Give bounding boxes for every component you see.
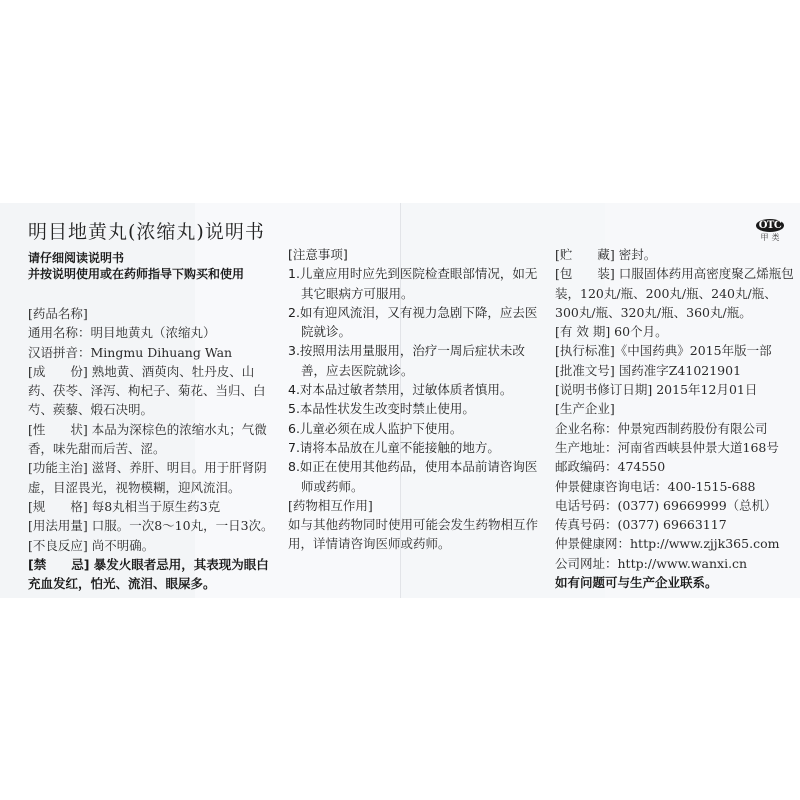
notice-line: 并按说明使用或在药师指导下购买和使用	[28, 266, 278, 282]
fax: 传真号码：(0377) 69663117	[555, 515, 795, 534]
interactions-header: [药物相互作用]	[288, 496, 538, 515]
document-title: 明目地黄丸(浓缩丸)说明书	[28, 219, 278, 245]
address: 生产地址：河南省西峡县仲景大道168号	[555, 438, 795, 457]
package: [包 装] 口服固体药用高密度聚乙烯瓶包装，120丸/瓶、200丸/瓶、240丸…	[555, 264, 795, 322]
precautions-header: [注意事项]	[288, 245, 538, 264]
company-website: 公司网址：http://www.wanxi.cn	[555, 554, 795, 573]
phone: 电话号码：(0377) 69669999（总机）	[555, 496, 795, 515]
precaution-item: 8.如正在使用其他药品，使用本品前请咨询医师或药师。	[288, 457, 538, 496]
storage: [贮 藏] 密封。	[555, 245, 795, 264]
indications: [功能主治] 滋肾、养肝、明目。用于肝肾阴虚，目涩畏光，视物模糊，迎风流泪。	[28, 458, 278, 497]
manufacturer-header: [生产企业]	[555, 399, 795, 418]
description: [性 状] 本品为深棕色的浓缩水丸；气微香，味先甜而后苦、涩。	[28, 420, 278, 459]
hotline: 仲景健康咨询电话：400-1515-688	[555, 477, 795, 496]
precaution-item: 6.儿童必须在成人监护下使用。	[288, 419, 538, 438]
generic-name: 通用名称：明目地黄丸（浓缩丸）	[28, 323, 278, 342]
contact-note: 如有问题可与生产企业联系。	[555, 573, 795, 592]
precaution-item: 5.本品性状发生改变时禁止使用。	[288, 399, 538, 418]
ingredients: [成 份] 熟地黄、酒萸肉、牡丹皮、山药、茯苓、泽泻、枸杞子、菊花、当归、白芍、…	[28, 362, 278, 420]
dosage: [用法用量] 口服。一次8～10丸，一日3次。	[28, 516, 278, 535]
adverse-reactions: [不良反应] 尚不明确。	[28, 536, 278, 555]
revision-date: [说明书修订日期] 2015年12月01日	[555, 380, 795, 399]
drug-name-header: [药品名称]	[28, 304, 278, 323]
interactions-text: 如与其他药物同时使用可能会发生药物相互作用，详情请咨询医师或药师。	[288, 515, 538, 554]
precaution-item: 7.请将本品放在儿童不能接触的地方。	[288, 438, 538, 457]
health-website: 仲景健康网：http://www.zjjk365.com	[555, 534, 795, 553]
approval-number: [批准文号] 国药准字Z41021901	[555, 361, 795, 380]
contraindications: [禁 忌] 暴发火眼者忌用，其表现为眼白充血发红，怕光、流泪、眼屎多。	[28, 555, 278, 594]
otc-class: 甲类	[755, 232, 788, 244]
column-middle: [注意事项] 1.儿童应用时应先到医院检查眼部情况，如无其它眼病方可服用。 2.…	[288, 245, 538, 554]
otc-badge-icon: OTC	[756, 219, 785, 232]
company-name: 企业名称：仲景宛西制药股份有限公司	[555, 419, 795, 438]
notice-line: 请仔细阅读说明书	[28, 250, 278, 266]
precaution-item: 1.儿童应用时应先到医院检查眼部情况，如无其它眼病方可服用。	[288, 264, 538, 303]
validity: [有 效 期] 60个月。	[555, 322, 795, 341]
specification: [规 格] 每8丸相当于原生药3克	[28, 497, 278, 516]
precaution-item: 4.对本品过敏者禁用，过敏体质者慎用。	[288, 380, 538, 399]
read-notice: 请仔细阅读说明书 并按说明使用或在药师指导下购买和使用	[28, 250, 278, 282]
postcode: 邮政编码：474550	[555, 457, 795, 476]
leaflet-paper: 明目地黄丸(浓缩丸)说明书 请仔细阅读说明书 并按说明使用或在药师指导下购买和使…	[0, 203, 800, 598]
pinyin-name: 汉语拼音：Mingmu Dihuang Wan	[28, 343, 278, 362]
otc-mark: OTC 甲类	[752, 213, 788, 244]
column-right: [贮 藏] 密封。 [包 装] 口服固体药用高密度聚乙烯瓶包装，120丸/瓶、2…	[555, 245, 795, 592]
standard: [执行标准]《中国药典》2015年版一部	[555, 341, 795, 360]
column-left: 明目地黄丸(浓缩丸)说明书 请仔细阅读说明书 并按说明使用或在药师指导下购买和使…	[28, 203, 278, 593]
precaution-item: 3.按照用法用量服用，治疗一周后症状未改善，应去医院就诊。	[288, 341, 538, 380]
precaution-item: 2.如有迎风流泪，又有视力急剧下降，应去医院就诊。	[288, 303, 538, 342]
